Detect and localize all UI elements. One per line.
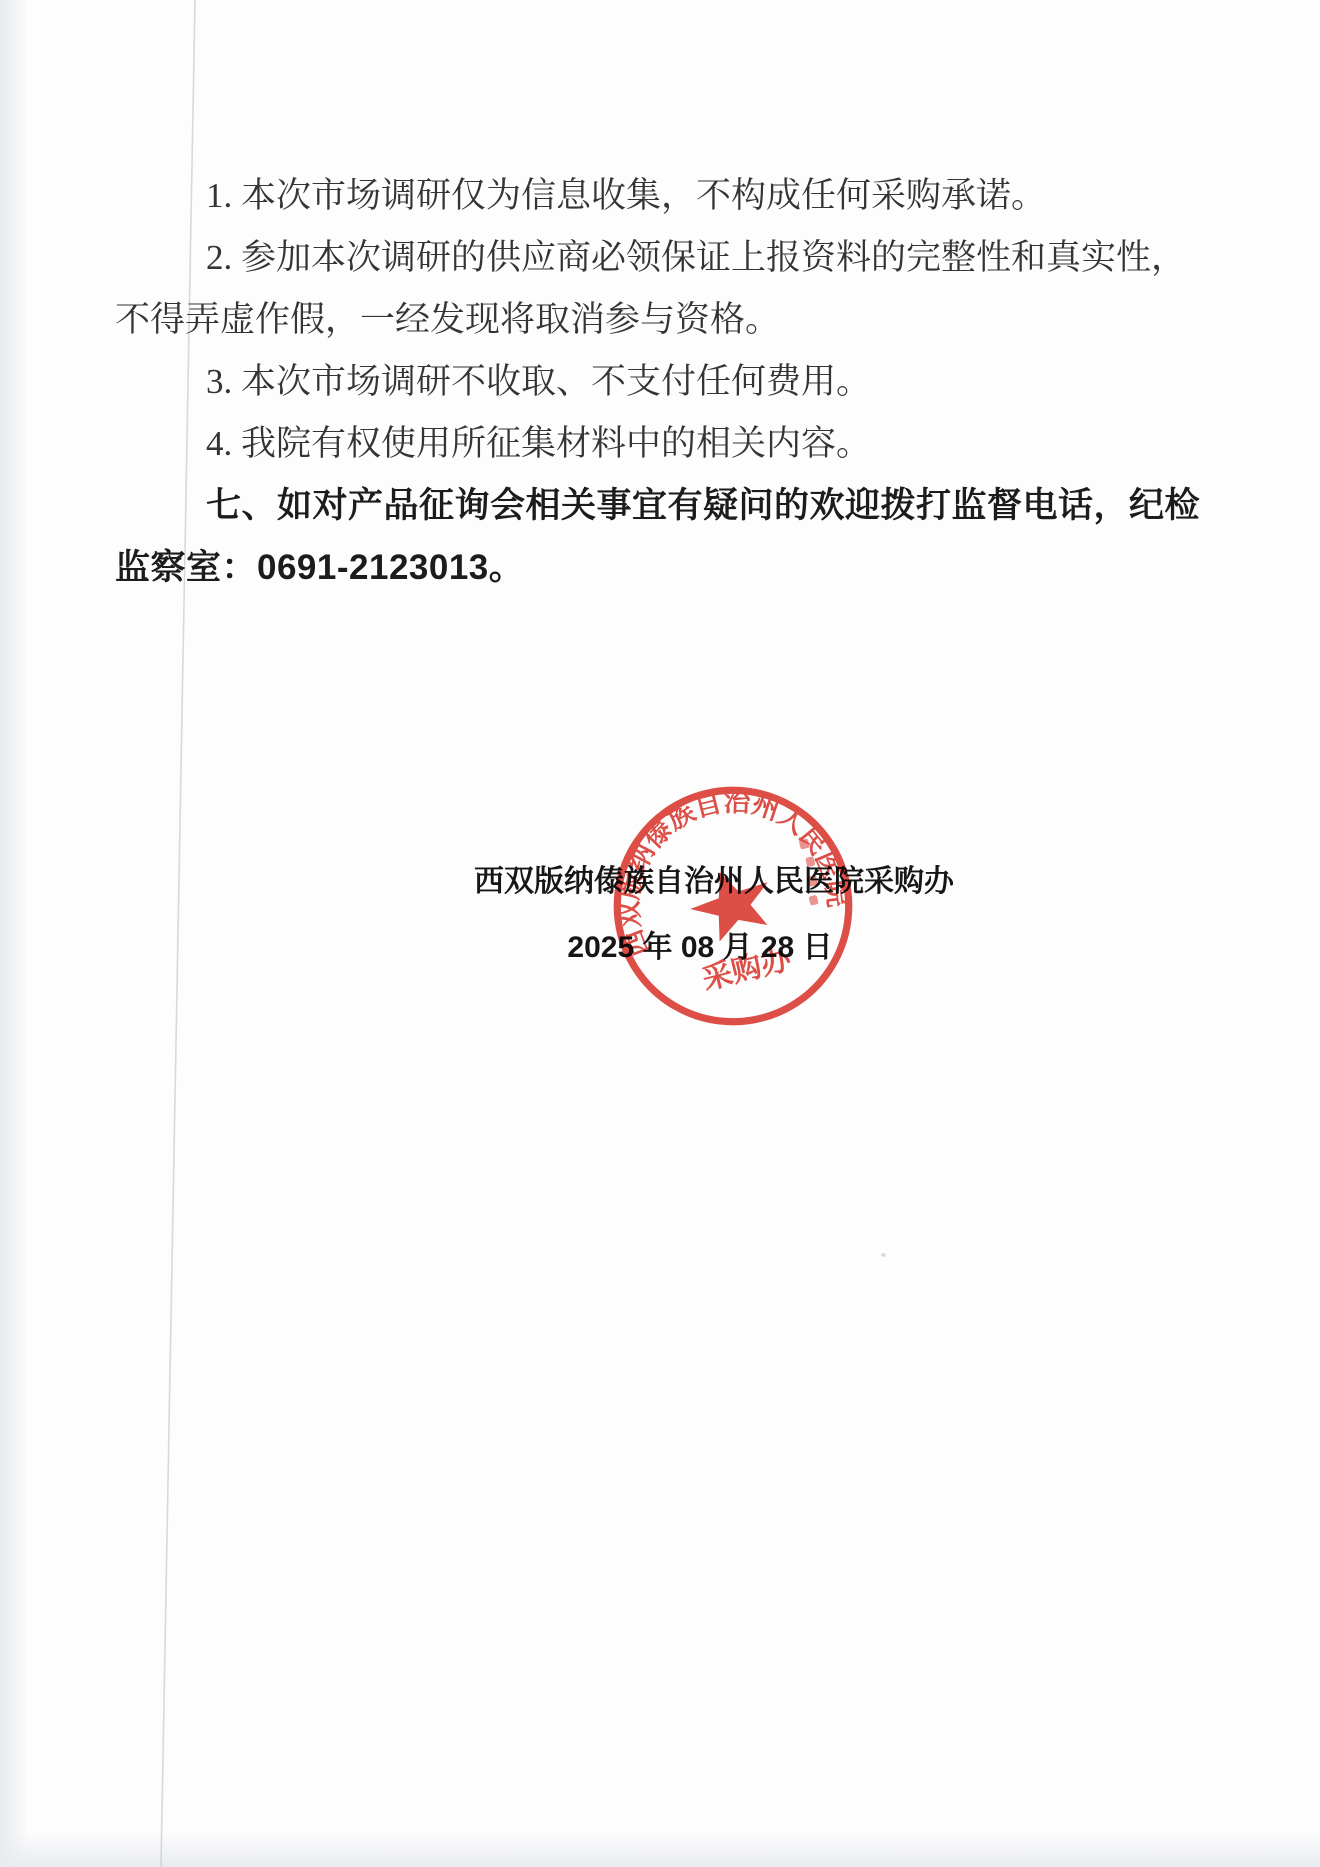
signature-date: 2025 年 08 月 28 日 <box>567 922 832 966</box>
list-item-1: 1. 本次市场调研仅为信息收集，不构成任何采购承诺。 <box>115 165 1220 227</box>
scan-left-edge-shading <box>0 0 28 1867</box>
section-7-heading-line: 七、如对产品征询会相关事宜有疑问的欢迎拨打监督电话，纪检 <box>115 475 1220 537</box>
list-item-4: 4. 我院有权使用所征集材料中的相关内容。 <box>115 413 1220 475</box>
official-seal-stamp: 西双版纳傣族自治州人民医院 采购办 <box>583 756 884 1057</box>
document-body: 1. 本次市场调研仅为信息收集，不构成任何采购承诺。 2. 参加本次调研的供应商… <box>115 165 1220 599</box>
list-item-3: 3. 本次市场调研不收取、不支付任何费用。 <box>115 351 1220 413</box>
list-item-2-wrap: 不得弄虚作假，一经发现将取消参与资格。 <box>115 289 1220 351</box>
scan-speck <box>881 1253 886 1257</box>
scan-bottom-edge-shading <box>0 1832 1320 1867</box>
section-7-phone-line: 监察室：0691-2123013。 <box>115 537 1220 599</box>
signature-org: 西双版纳傣族自治州人民医院采购办 <box>474 856 954 900</box>
scanned-document-page: 1. 本次市场调研仅为信息收集，不构成任何采购承诺。 2. 参加本次调研的供应商… <box>0 0 1320 1867</box>
list-item-2: 2. 参加本次调研的供应商必领保证上报资料的完整性和真实性， <box>115 227 1220 289</box>
